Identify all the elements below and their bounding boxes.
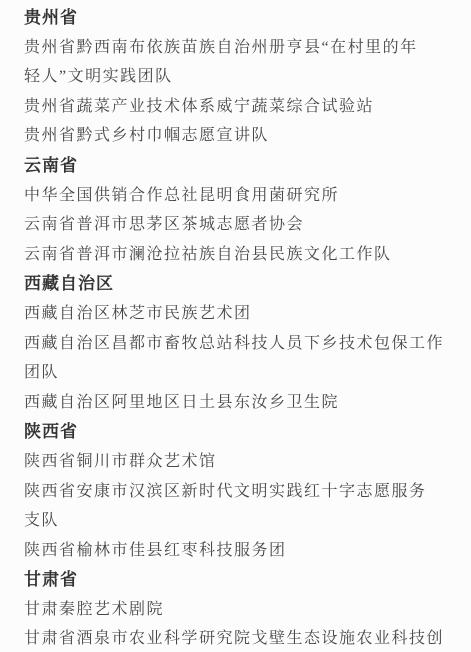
province-header: 西藏自治区 (24, 269, 448, 299)
org-item: 西藏自治区林芝市民族艺术团 (24, 299, 448, 329)
org-item: 贵州省蔬菜产业技术体系威宁蔬菜综合试验站 (24, 92, 448, 122)
province-section-shaanxi: 陕西省 陕西省铜川市群众艺术馆 陕西省安康市汉滨区新时代文明实践红十字志愿服务 … (24, 417, 448, 565)
org-item: 甘肃秦腔艺术剧院 (24, 595, 448, 625)
award-list-document: 贵州省 贵州省黔西南布依族苗族自治州册亨县“在村里的年 轻人”文明实践团队 贵州… (0, 0, 471, 652)
org-item: 云南省普洱市思茅区茶城志愿者协会 (24, 210, 448, 240)
org-item: 西藏自治区昌都市畜牧总站科技人员下乡技术包保工作 团队 (24, 329, 448, 388)
province-section-yunnan: 云南省 中华全国供销合作总社昆明食用菌研究所 云南省普洱市思茅区茶城志愿者协会 … (24, 151, 448, 269)
province-section-gansu: 甘肃省 甘肃秦腔艺术剧院 甘肃省酒泉市农业科学研究院戈壁生态设施农业科技创 (24, 565, 448, 652)
org-item: 贵州省黔式乡村巾帼志愿宣讲队 (24, 121, 448, 151)
org-item: 西藏自治区阿里地区日土县东汝乡卫生院 (24, 388, 448, 418)
org-item: 云南省普洱市澜沧拉祜族自治县民族文化工作队 (24, 240, 448, 270)
province-header: 贵州省 (24, 3, 448, 33)
province-header: 甘肃省 (24, 565, 448, 595)
province-header: 陕西省 (24, 417, 448, 447)
province-section-xizang: 西藏自治区 西藏自治区林芝市民族艺术团 西藏自治区昌都市畜牧总站科技人员下乡技术… (24, 269, 448, 417)
org-item: 陕西省榆林市佳县红枣科技服务团 (24, 536, 448, 566)
province-section-guizhou: 贵州省 贵州省黔西南布依族苗族自治州册亨县“在村里的年 轻人”文明实践团队 贵州… (24, 3, 448, 151)
org-item: 陕西省铜川市群众艺术馆 (24, 447, 448, 477)
province-header: 云南省 (24, 151, 448, 181)
org-item: 贵州省黔西南布依族苗族自治州册亨县“在村里的年 轻人”文明实践团队 (24, 33, 448, 92)
org-item: 甘肃省酒泉市农业科学研究院戈壁生态设施农业科技创 (24, 624, 448, 652)
org-item: 中华全国供销合作总社昆明食用菌研究所 (24, 181, 448, 211)
org-item: 陕西省安康市汉滨区新时代文明实践红十字志愿服务 支队 (24, 477, 448, 536)
